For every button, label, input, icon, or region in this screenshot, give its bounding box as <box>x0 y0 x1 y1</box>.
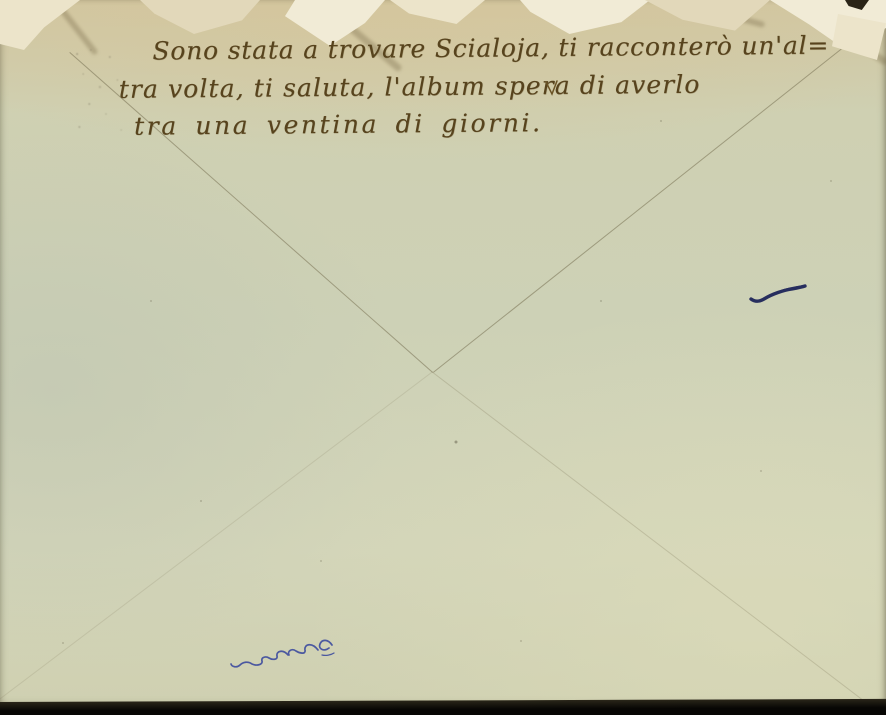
envelope-back: Sono stata a trovare Scialoja, ti raccon… <box>0 0 886 707</box>
handwritten-line-2: tra volta, ti saluta, l'album spera di a… <box>119 70 701 104</box>
side-flap-crease-bottom-right <box>432 372 879 713</box>
signature-scribble <box>218 633 342 675</box>
handwritten-line-1: Sono stata a trovare Scialoja, ti raccon… <box>152 31 829 66</box>
stray-v-ink-mark <box>544 80 560 98</box>
torn-paper-piece <box>390 0 485 30</box>
photo-backdrop: Sono stata a trovare Scialoja, ti raccon… <box>0 0 886 715</box>
side-flap-crease-bottom-left <box>0 371 433 699</box>
backdrop-bottom-edge <box>0 699 886 715</box>
torn-paper-piece <box>520 0 650 34</box>
paper-flecks <box>0 0 2 2</box>
handwritten-line-3: tra una ventina di giorni. <box>134 108 543 141</box>
torn-paper-piece <box>140 0 260 34</box>
pen-check-mark <box>748 279 808 305</box>
